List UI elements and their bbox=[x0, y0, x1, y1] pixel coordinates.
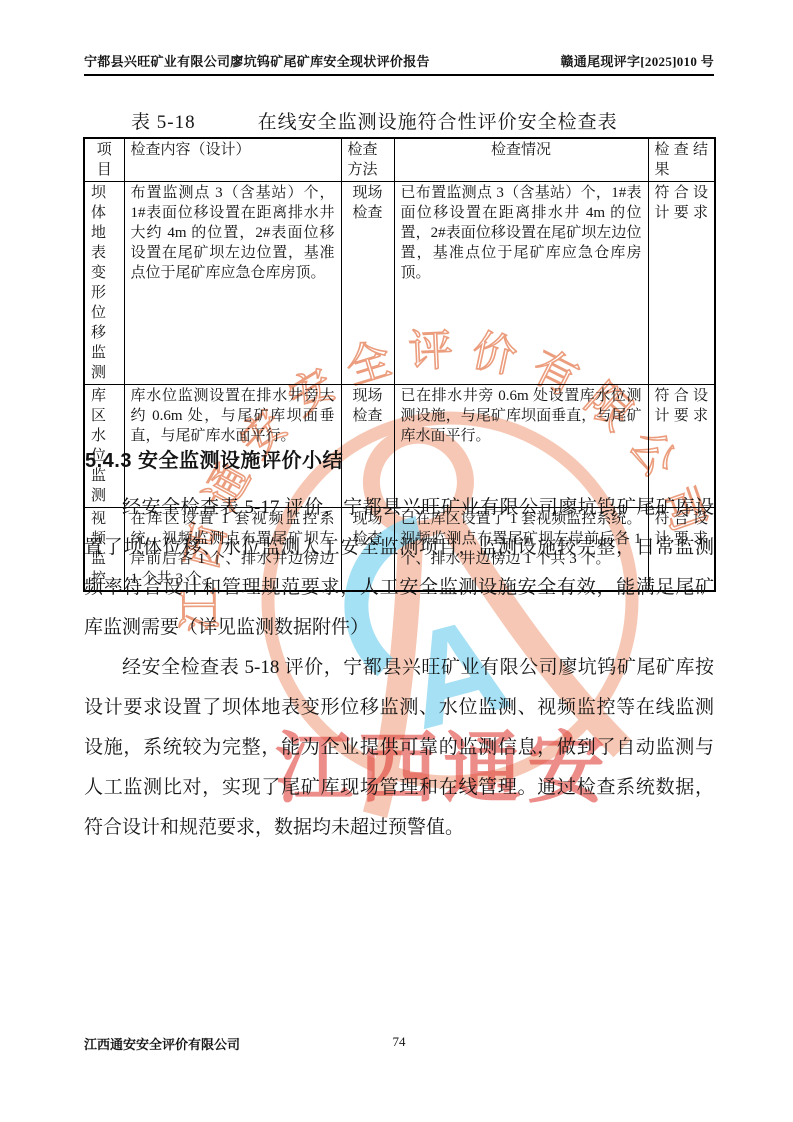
column-header-item: 项目 bbox=[84, 138, 124, 182]
column-header-content: 检查内容（设计） bbox=[124, 138, 341, 182]
paragraph-line: 设施，系统较为完整，能为企业提供可靠的监测信息，做到了自动监测与 bbox=[84, 728, 714, 768]
cell-result: 符合设计要求 bbox=[648, 182, 715, 385]
paragraph-line: 人工监测比对，实现了尾矿库现场管理和在线管理。通过检查系统数据， bbox=[84, 768, 714, 808]
column-header-result: 检查结果 bbox=[648, 138, 715, 182]
cell-method: 现场检查 bbox=[341, 182, 394, 385]
paragraph-line: 置了坝体位移、水位监测人工安全监测项目，监测设施较完整，日常监测 bbox=[84, 528, 714, 568]
table-header-row: 项目 检查内容（设计） 检查方法 检查情况 检查结果 bbox=[84, 138, 715, 182]
table-caption: 表 5-18 在线安全监测设施符合性评价安全检查表 bbox=[131, 107, 618, 134]
header-right-docnumber: 赣通尾现评字[2025]010 号 bbox=[560, 51, 714, 70]
header-left-title: 宁都县兴旺矿业有限公司廖坑钨矿尾矿库安全现状评价报告 bbox=[84, 51, 430, 70]
table-row: 坝体地表变形位移监测 布置监测点 3（含基站）个，1#表面位移设置在距离排水井大… bbox=[84, 182, 715, 385]
paragraph-line: 经安全检查表 5-18 评价，宁都县兴旺矿业有限公司廖坑钨矿尾矿库按 bbox=[84, 648, 714, 688]
cell-content: 布置监测点 3（含基站）个，1#表面位移设置在距离排水井大约 4m 的位置，2#… bbox=[124, 182, 341, 385]
report-page: A 江西通安安全评价有限公司 江西通安 宁都县兴旺矿业有限公司廖坑钨矿尾矿库安全… bbox=[0, 0, 793, 1122]
table-caption-title: 在线安全监测设施符合性评价安全检查表 bbox=[258, 107, 618, 134]
paragraph-line: 库监测需要（详见监测数据附件） bbox=[84, 608, 714, 648]
column-header-method: 检查方法 bbox=[341, 138, 394, 182]
table-caption-label: 表 5-18 bbox=[131, 107, 196, 134]
page-header: 宁都县兴旺矿业有限公司廖坑钨矿尾矿库安全现状评价报告 赣通尾现评字[2025]0… bbox=[84, 51, 714, 70]
paragraph-line: 经安全检查表 5-17 评价，宁都县兴旺矿业有限公司廖坑钨矿尾矿库设 bbox=[84, 488, 714, 528]
paragraph: 经安全检查表 5-17 评价，宁都县兴旺矿业有限公司廖坑钨矿尾矿库设 置了坝体位… bbox=[84, 488, 714, 648]
page-footer: 江西通安安全评价有限公司 74 bbox=[84, 1034, 714, 1053]
header-rule bbox=[84, 74, 714, 76]
cell-situation: 已布置监测点 3（含基站）个，1#表面位移设置在距离排水井 4m 的位置，2#表… bbox=[394, 182, 648, 385]
paragraph-line: 频率符合设计和管理规范要求，人工安全监测设施安全有效，能满足尾矿 bbox=[84, 568, 714, 608]
paragraph-line: 设计要求设置了坝体地表变形位移监测、水位监测、视频监控等在线监测 bbox=[84, 688, 714, 728]
cell-item: 坝体地表变形位移监测 bbox=[84, 182, 124, 385]
paragraph: 经安全检查表 5-18 评价，宁都县兴旺矿业有限公司廖坑钨矿尾矿库按 设计要求设… bbox=[84, 648, 714, 848]
page-number: 74 bbox=[84, 1034, 714, 1050]
column-header-situation: 检查情况 bbox=[394, 138, 648, 182]
paragraph-line: 符合设计和规范要求，数据均未超过预警值。 bbox=[84, 808, 714, 848]
section-heading: 5.4.3 安全监测设施评价小结 bbox=[85, 444, 343, 473]
